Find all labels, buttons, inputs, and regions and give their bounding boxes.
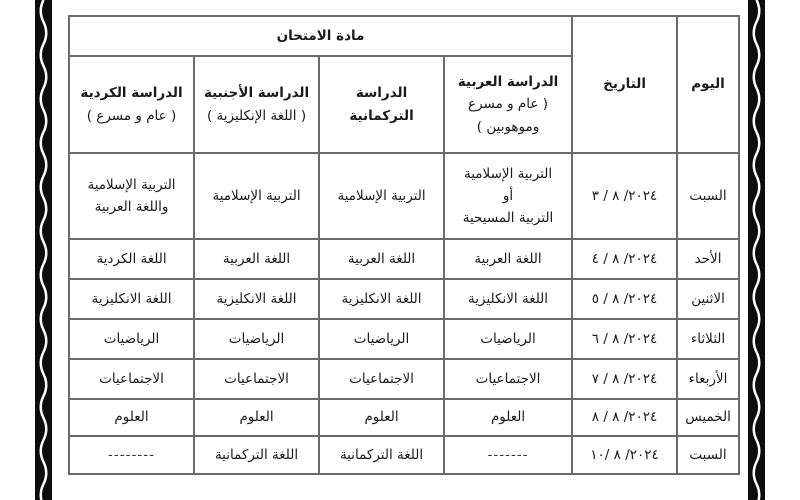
day-cell: الثلاثاء xyxy=(677,319,739,359)
day-cell: الاثنين xyxy=(677,279,739,319)
stream-subtitle: وموهوبين ) xyxy=(449,116,567,138)
arabic-stream-cell: اللغة العربية xyxy=(444,239,572,279)
turkmen-stream-cell: الرياضيات xyxy=(319,319,444,359)
subject-line: التربية الإسلامية xyxy=(449,163,567,185)
subject-line: التربية الإسلامية xyxy=(74,174,189,196)
date-cell: ٢٠٢٤/ ٨ / ٤ xyxy=(572,239,677,279)
subject-line: أو xyxy=(449,185,567,207)
decorative-border-left xyxy=(35,0,52,500)
table-row: السبت ٢٠٢٤/ ٨ /١٠ ------- اللغة التركمان… xyxy=(69,436,739,474)
kurdish-stream-cell: العلوم xyxy=(69,399,194,436)
day-cell: السبت xyxy=(677,153,739,239)
foreign-stream-cell: اللغة العربية xyxy=(194,239,319,279)
stream-subtitle: ( اللغة الإنكليزية ) xyxy=(199,105,314,127)
wavy-line-icon xyxy=(35,0,52,500)
subject-line: واللغة العربية xyxy=(74,196,189,218)
table-row: السبت ٢٠٢٤/ ٨ / ٣ التربية الإسلامية أو ا… xyxy=(69,153,739,239)
arabic-stream-cell: التربية الإسلامية أو التربية المسيحية xyxy=(444,153,572,239)
turkmen-stream-cell: اللغة العربية xyxy=(319,239,444,279)
kurdish-stream-cell: -------- xyxy=(69,436,194,474)
turkmen-stream-cell: الاجتماعيات xyxy=(319,359,444,399)
date-cell: ٢٠٢٤/ ٨ / ٨ xyxy=(572,399,677,436)
foreign-stream-cell: الاجتماعيات xyxy=(194,359,319,399)
day-cell: الأربعاء xyxy=(677,359,739,399)
stream-subtitle: ( عام و مسرع xyxy=(449,93,567,115)
stream-title: الدراسة العربية xyxy=(449,71,567,93)
turkmen-stream-cell: التربية الإسلامية xyxy=(319,153,444,239)
day-column-header: اليوم xyxy=(677,16,739,153)
table-row: الاثنين ٢٠٢٤/ ٨ / ٥ اللغة الانكليزية الل… xyxy=(69,279,739,319)
date-cell: ٢٠٢٤/ ٨ /١٠ xyxy=(572,436,677,474)
header-row-1: اليوم التاريخ مادة الامتحان xyxy=(69,16,739,56)
table-row: الأحد ٢٠٢٤/ ٨ / ٤ اللغة العربية اللغة ال… xyxy=(69,239,739,279)
foreign-stream-cell: اللغة الانكليزية xyxy=(194,279,319,319)
date-cell: ٢٠٢٤/ ٨ / ٣ xyxy=(572,153,677,239)
turkmen-stream-cell: العلوم xyxy=(319,399,444,436)
turkmen-stream-cell: اللغة الانكليزية xyxy=(319,279,444,319)
stream-title: الدراسة التركمانية xyxy=(324,82,439,127)
kurdish-stream-cell: التربية الإسلامية واللغة العربية xyxy=(69,153,194,239)
date-cell: ٢٠٢٤/ ٨ / ٧ xyxy=(572,359,677,399)
date-cell: ٢٠٢٤/ ٨ / ٦ xyxy=(572,319,677,359)
stream-header-foreign: الدراسة الأجنبية ( اللغة الإنكليزية ) xyxy=(194,56,319,153)
subject-line: التربية المسيحية xyxy=(449,207,567,229)
table-row: الثلاثاء ٢٠٢٤/ ٨ / ٦ الرياضيات الرياضيات… xyxy=(69,319,739,359)
wavy-line-icon xyxy=(748,0,765,500)
exam-schedule-table: اليوم التاريخ مادة الامتحان الدراسة العر… xyxy=(68,15,740,475)
kurdish-stream-cell: اللغة الكردية xyxy=(69,239,194,279)
stream-subtitle: ( عام و مسرع ) xyxy=(74,105,189,127)
kurdish-stream-cell: الاجتماعيات xyxy=(69,359,194,399)
stream-header-kurdish: الدراسة الكردية ( عام و مسرع ) xyxy=(69,56,194,153)
table-row: الخميس ٢٠٢٤/ ٨ / ٨ العلوم العلوم العلوم … xyxy=(69,399,739,436)
stream-title: الدراسة الأجنبية xyxy=(199,82,314,104)
exam-subject-group-header: مادة الامتحان xyxy=(69,16,572,56)
day-cell: السبت xyxy=(677,436,739,474)
day-cell: الأحد xyxy=(677,239,739,279)
stream-title: الدراسة الكردية xyxy=(74,82,189,104)
stream-header-turkmen: الدراسة التركمانية xyxy=(319,56,444,153)
date-column-header: التاريخ xyxy=(572,16,677,153)
arabic-stream-cell: الاجتماعيات xyxy=(444,359,572,399)
stream-header-arabic: الدراسة العربية ( عام و مسرع وموهوبين ) xyxy=(444,56,572,153)
foreign-stream-cell: التربية الإسلامية xyxy=(194,153,319,239)
foreign-stream-cell: الرياضيات xyxy=(194,319,319,359)
arabic-stream-cell: ------- xyxy=(444,436,572,474)
kurdish-stream-cell: اللغة الانكليزية xyxy=(69,279,194,319)
kurdish-stream-cell: الرياضيات xyxy=(69,319,194,359)
arabic-stream-cell: العلوم xyxy=(444,399,572,436)
decorative-border-right xyxy=(748,0,765,500)
foreign-stream-cell: اللغة التركمانية xyxy=(194,436,319,474)
foreign-stream-cell: العلوم xyxy=(194,399,319,436)
table-row: الأربعاء ٢٠٢٤/ ٨ / ٧ الاجتماعيات الاجتما… xyxy=(69,359,739,399)
date-cell: ٢٠٢٤/ ٨ / ٥ xyxy=(572,279,677,319)
arabic-stream-cell: الرياضيات xyxy=(444,319,572,359)
arabic-stream-cell: اللغة الانكليزية xyxy=(444,279,572,319)
day-cell: الخميس xyxy=(677,399,739,436)
turkmen-stream-cell: اللغة التركمانية xyxy=(319,436,444,474)
